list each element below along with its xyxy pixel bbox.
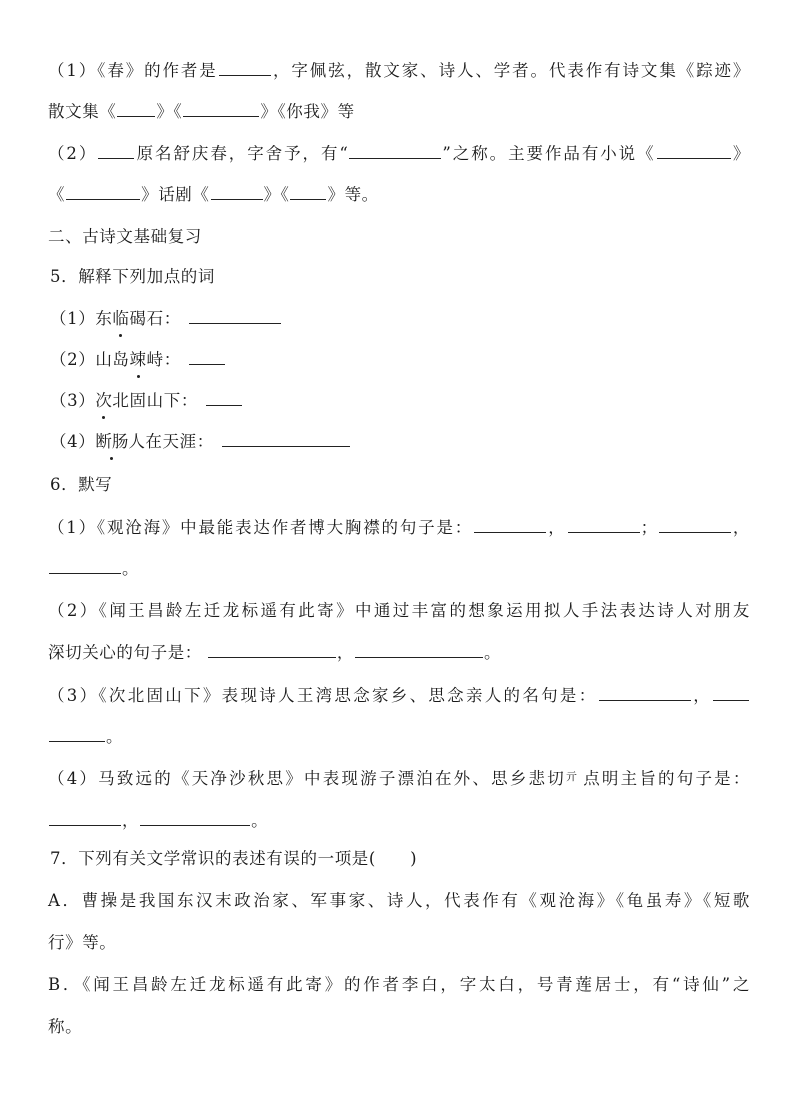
punct: 。 (106, 727, 123, 746)
q6-item4-line1: （4）马致远的《天净沙秋思》中表现游子漂泊在外、思乡悲切亓点明主旨的句子是： (48, 766, 750, 792)
garbled-glyph: 亓 (566, 764, 578, 790)
q5-title: 5．解释下列加点的词 (50, 264, 750, 290)
item-text: （4）马致远的《天净沙秋思》中表现游子漂泊在外、思乡悲切 (48, 769, 566, 788)
q7-title: 7．下列有关文学常识的表述有误的一项是( ) (50, 846, 750, 872)
punct: 。 (484, 643, 501, 662)
q6-item2-line2: 深切关心的句子是：，。 (48, 639, 750, 665)
punct: ， (122, 811, 139, 830)
item-text: （3）《次北固山下》表现诗人王湾思念家乡、思念亲人的名句是： (48, 686, 598, 705)
answer-blank[interactable] (183, 98, 259, 117)
q5-item-4: （4）断肠人在天涯： (50, 428, 750, 454)
answer-blank[interactable] (189, 346, 225, 365)
q7-option-a-line2[interactable]: 行》等。 (48, 930, 750, 956)
q6-item1-line1: （1）《观沧海》中最能表达作者博大胸襟的句子是：，；， (48, 514, 750, 540)
item-text: 人在天涯： (128, 432, 214, 451)
answer-blank[interactable] (49, 807, 121, 826)
emphasis-dotted-word: 次 (95, 388, 112, 414)
punct: ， (547, 518, 567, 537)
answer-blank[interactable] (49, 555, 121, 574)
item-text: 北固山下： (112, 391, 198, 410)
q2-bracket: 》《 (264, 185, 290, 204)
q7-option-a-line1[interactable]: A．曹操是我国东汉末政治家、军事家、诗人，代表作有《观沧海》《龟虽寿》《短歌 (48, 888, 750, 914)
item-text: 山岛 (95, 350, 129, 369)
answer-blank[interactable] (219, 57, 271, 76)
punct: 。 (122, 559, 139, 578)
q1-line2-suffix: 》《你我》等 (260, 102, 354, 121)
answer-blank[interactable] (657, 140, 731, 159)
q2-line2-suffix: 》等。 (327, 185, 378, 204)
item-number: （2） (50, 350, 95, 369)
q2-close: 》 (732, 144, 750, 163)
q6-item1-line2: 。 (48, 555, 750, 581)
item-text: 东 (95, 309, 112, 328)
q2-line1: （2）原名舒庆春，字舍予，有“”之称。主要作品有小说《》 (48, 140, 750, 166)
q7-option-b-line2[interactable]: 称。 (48, 1014, 750, 1040)
item-number: （1） (50, 309, 95, 328)
answer-blank[interactable] (49, 723, 105, 742)
punct: ， (692, 686, 712, 705)
emphasis-dotted-word: 断肠 (95, 429, 128, 455)
punct: ， (337, 643, 354, 662)
answer-blank[interactable] (474, 514, 546, 533)
answer-blank[interactable] (568, 514, 640, 533)
q1-line2-prefix: 散文集《 (48, 102, 116, 121)
item-number: （3） (50, 391, 95, 410)
item-text: （1）《观沧海》中最能表达作者博大胸襟的句子是： (48, 518, 473, 537)
document-page: （1）《春》的作者是，字佩弦，散文家、诗人、学者。代表作有诗文集《踪迹》 散文集… (0, 0, 790, 1118)
item-text: 深切关心的句子是： (48, 643, 202, 662)
q5-item-3: （3）次北固山下： (50, 387, 750, 413)
q6-item3-line1: （3）《次北固山下》表现诗人王湾思念家乡、思念亲人的名句是：， (48, 682, 750, 708)
q6-item3-line2: 。 (48, 723, 750, 749)
q1-prefix: （1）《春》的作者是 (48, 61, 218, 80)
answer-blank[interactable] (208, 639, 336, 658)
section-heading: 二、古诗文基础复习 (48, 224, 750, 250)
q1-bracket: 》《 (156, 102, 182, 121)
answer-blank[interactable] (355, 639, 483, 658)
answer-blank[interactable] (290, 181, 326, 200)
emphasis-dotted-word: 竦 (130, 347, 147, 373)
emphasis-dotted-word: 临 (112, 306, 129, 332)
q2-line2: 《》话剧《》《》等。 (48, 181, 750, 207)
answer-blank[interactable] (599, 682, 691, 701)
dotted-text: 断肠 (95, 432, 128, 451)
punct: 。 (251, 811, 268, 830)
item-text: 峙： (147, 350, 181, 369)
item-number: （4） (50, 432, 95, 451)
answer-blank[interactable] (189, 305, 281, 324)
q1-line1: （1）《春》的作者是，字佩弦，散文家、诗人、学者。代表作有诗文集《踪迹》 (48, 57, 750, 83)
answer-blank[interactable] (98, 140, 134, 159)
item-text: 碣石： (130, 309, 181, 328)
q7-option-b-line1[interactable]: B．《闻王昌龄左迁龙标遥有此寄》的作者李白，字太白，号青莲居士，有“诗仙”之 (48, 972, 750, 998)
q5-item-1: （1）东临碣石： (50, 305, 750, 331)
q6-item2-line1: （2）《闻王昌龄左迁龙标遥有此寄》中通过丰富的想象运用拟人手法表达诗人对朋友 (48, 598, 750, 624)
q2-text2: ”之称。主要作品有小说《 (442, 144, 655, 163)
punct: ， (732, 518, 750, 537)
q6-item4-line2: ，。 (48, 807, 750, 833)
item-text: 点明主旨的句子是： (582, 769, 750, 788)
answer-blank[interactable] (206, 387, 242, 406)
answer-blank[interactable] (659, 514, 731, 533)
answer-blank[interactable] (222, 428, 350, 447)
q6-title: 6．默写 (50, 472, 750, 498)
answer-blank[interactable] (66, 181, 140, 200)
q2-line2-mid: 》话剧《 (141, 185, 209, 204)
q2-open: 《 (48, 185, 65, 204)
punct: ； (641, 518, 658, 537)
q1-line2: 散文集《》《》《你我》等 (48, 98, 750, 124)
q2-text: 原名舒庆春，字舍予，有“ (135, 144, 348, 163)
answer-blank[interactable] (713, 682, 749, 701)
q2-prefix: （2） (48, 144, 97, 163)
answer-blank[interactable] (140, 807, 250, 826)
answer-blank[interactable] (349, 140, 441, 159)
q5-item-2: （2）山岛竦峙： (50, 346, 750, 372)
q1-text: ，字佩弦，散文家、诗人、学者。代表作有诗文集《踪迹》 (272, 61, 750, 80)
answer-blank[interactable] (117, 98, 155, 117)
answer-blank[interactable] (211, 181, 263, 200)
